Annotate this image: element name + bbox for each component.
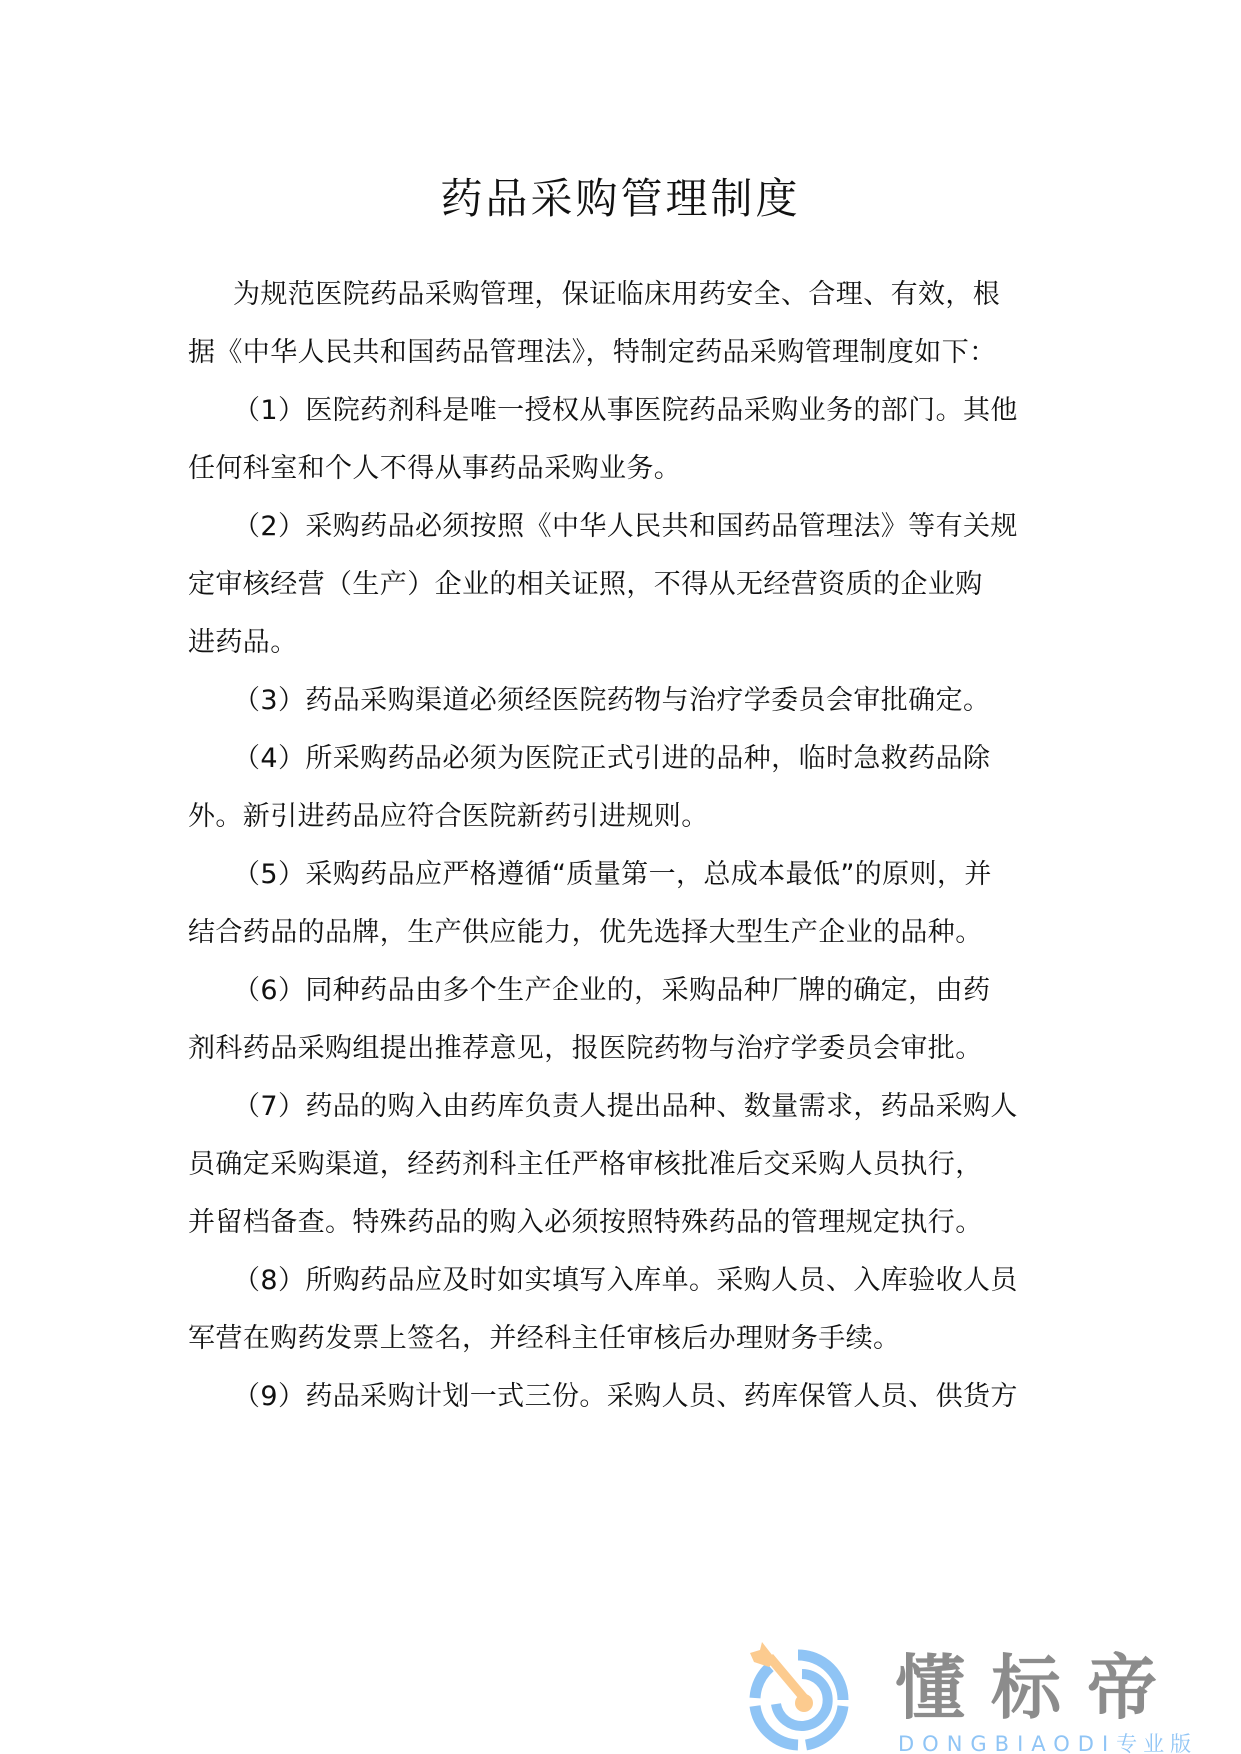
paragraph-line: 据《中华人民共和国药品管理法》，特制定药品采购管理制度如下： (188, 336, 997, 370)
paragraph-line: 外。新引进药品应符合医院新药引进规则。 (188, 800, 709, 834)
document-page: 药品采购管理制度 为规范医院药品采购管理，保证临床用药安全、合理、有效，根 据《… (0, 0, 1241, 1754)
paragraph-line: 任何科室和个人不得从事药品采购业务。 (188, 452, 681, 486)
document-title: 药品采购管理制度 (0, 166, 1241, 226)
paragraph-line: （6）同种药品由多个生产企业的，采购品种厂牌的确定，由药 (233, 974, 990, 1008)
paragraph-line: （5）采购药品应严格遵循“质量第一，总成本最低”的原则，并 (233, 858, 992, 892)
watermark-logo: 懂标帝 DONGBIAODI专业版 (740, 1640, 1220, 1750)
paragraph-line: 员确定采购渠道，经药剂科主任严格审核批准后交采购人员执行， (188, 1148, 983, 1182)
paragraph-line: 进药品。 (188, 626, 298, 660)
watermark-edition: 专业版 (1116, 1732, 1197, 1754)
paragraph-line: （3）药品采购渠道必须经医院药物与治疗学委员会审批确定。 (233, 684, 990, 718)
paragraph-line: （4）所采购药品必须为医院正式引进的品种，临时急救药品除 (233, 742, 990, 776)
target-arrow-icon (740, 1640, 860, 1754)
paragraph-line: 结合药品的品牌，生产供应能力，优先选择大型生产企业的品种。 (188, 916, 983, 950)
watermark-brand-cn: 懂标帝 (895, 1650, 1183, 1726)
paragraph-line: 剂科药品采购组提出推荐意见，报医院药物与治疗学委员会审批。 (188, 1032, 983, 1066)
paragraph-line: 并留档备查。特殊药品的购入必须按照特殊药品的管理规定执行。 (188, 1206, 983, 1240)
paragraph-line: （2）采购药品必须按照《中华人民共和国药品管理法》等有关规 (233, 510, 1018, 544)
paragraph-line: （1）医院药剂科是唯一授权从事医院药品采购业务的部门。其他 (233, 394, 1018, 428)
paragraph-line: 为规范医院药品采购管理，保证临床用药安全、合理、有效，根 (233, 278, 1000, 312)
paragraph-line: （7）药品的购入由药库负责人提出品种、数量需求，药品采购人 (233, 1090, 1018, 1124)
paragraph-line: （8）所购药品应及时如实填写入库单。采购人员、入库验收人员 (233, 1264, 1018, 1298)
paragraph-line: 定审核经营（生产）企业的相关证照，不得从无经营资质的企业购 (188, 568, 983, 602)
watermark-brand-en-text: DONGBIAODI (898, 1732, 1116, 1754)
paragraph-line: （9）药品采购计划一式三份。采购人员、药库保管人员、供货方 (233, 1380, 1018, 1414)
paragraph-line: 军营在购药发票上签名，并经科主任审核后办理财务手续。 (188, 1322, 900, 1356)
watermark-brand-en: DONGBIAODI专业版 (898, 1728, 1197, 1754)
